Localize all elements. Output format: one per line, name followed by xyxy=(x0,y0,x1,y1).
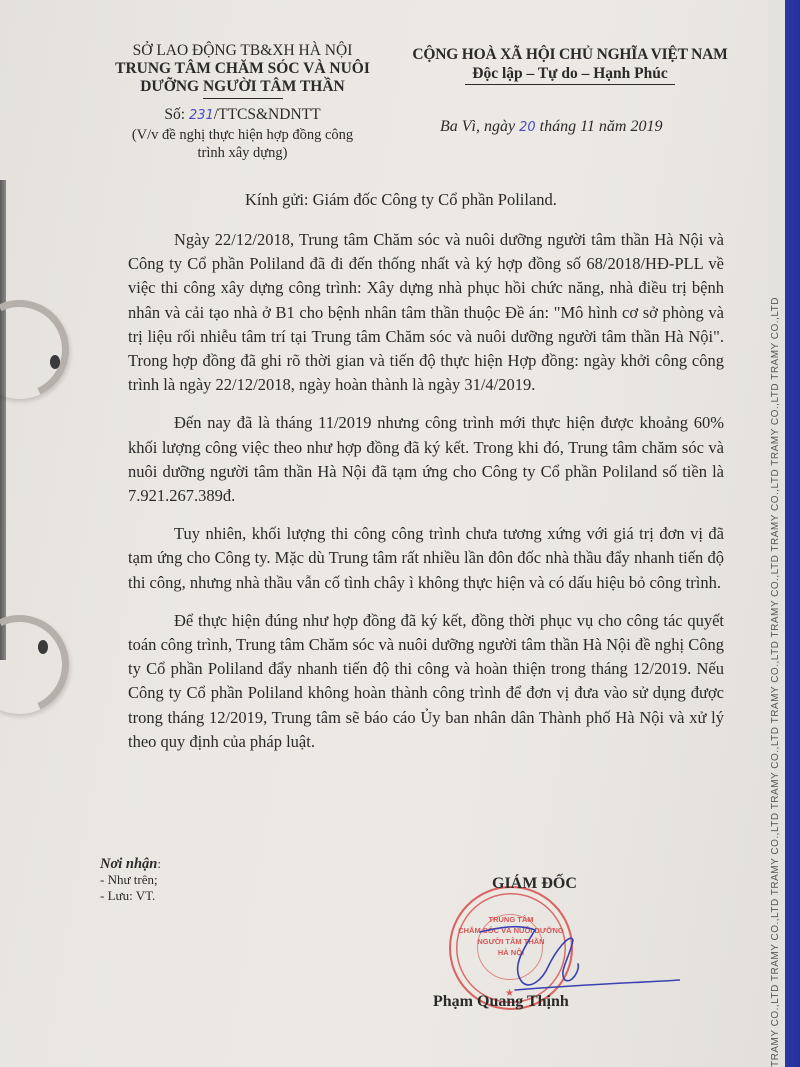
national-motto: Độc lập – Tự do – Hạnh Phúc xyxy=(380,64,760,83)
binder-tab-blue-edge xyxy=(785,0,800,1067)
salutation: Kính gửi: Giám đốc Công ty Cổ phần Polil… xyxy=(245,190,557,210)
distribution-colon: : xyxy=(157,856,161,871)
date-day-handwritten: 20 xyxy=(519,120,536,135)
body-paragraph: Để thực hiện đúng như hợp đồng đã ký kết… xyxy=(128,609,724,754)
document-page: TRAMY CO.,LTD TRAMY CO.,LTD TRAMY CO.,LT… xyxy=(0,0,800,1067)
binder-ring-icon xyxy=(0,286,83,413)
issuer-name-line2: DƯỠNG NGƯỜI TÂM THẦN xyxy=(110,78,375,96)
document-number: Số: 231/TTCS&NDNTT xyxy=(110,105,375,126)
distribution-title: Nơi nhận xyxy=(100,856,157,872)
issuer-underline xyxy=(203,98,283,99)
binder-edge xyxy=(0,180,6,660)
subject-line1: (V/v đề nghị thực hiện hợp đồng công xyxy=(110,126,375,144)
body-paragraph: Ngày 22/12/2018, Trung tâm Chăm sóc và n… xyxy=(128,228,724,397)
distribution-list: Nơi nhận: - Như trên; - Lưu: VT. xyxy=(100,856,161,904)
issuer-department: SỞ LAO ĐỘNG TB&XH HÀ NỘI xyxy=(110,42,375,60)
issuer-header: SỞ LAO ĐỘNG TB&XH HÀ NỘI TRUNG TÂM CHĂM … xyxy=(110,42,375,162)
document-number-label: Số: xyxy=(164,106,189,123)
distribution-item: - Như trên; xyxy=(100,872,161,888)
punch-hole-icon xyxy=(38,640,48,654)
subject-line2: trình xây dựng) xyxy=(110,144,375,162)
distribution-item: - Lưu: VT. xyxy=(100,888,161,904)
motto-underline xyxy=(465,84,675,85)
binder-tab-text: TRAMY CO.,LTD TRAMY CO.,LTD TRAMY CO.,LT… xyxy=(770,0,781,1067)
body-paragraph: Tuy nhiên, khối lượng thi công công trìn… xyxy=(128,522,724,595)
document-number-handwritten: 231 xyxy=(189,108,214,123)
document-number-suffix: /TTCS&NDNTT xyxy=(214,106,321,123)
punch-hole-icon xyxy=(50,355,60,369)
issuer-name-line1: TRUNG TÂM CHĂM SÓC VÀ NUÔI xyxy=(110,60,375,78)
place-date: Ba Vì, ngày 20 tháng 11 năm 2019 xyxy=(440,118,662,136)
signer-name: Phạm Quang Thịnh xyxy=(433,993,569,1011)
date-prefix: Ba Vì, ngày xyxy=(440,118,519,135)
binder-ring-icon xyxy=(0,601,83,728)
letter-body: Ngày 22/12/2018, Trung tâm Chăm sóc và n… xyxy=(128,228,724,768)
national-title: CỘNG HOÀ XÃ HỘI CHỦ NGHĨA VIỆT NAM xyxy=(380,46,760,64)
date-suffix: tháng 11 năm 2019 xyxy=(536,118,663,135)
body-paragraph: Đến nay đã là tháng 11/2019 nhưng công t… xyxy=(128,411,724,508)
national-header: CỘNG HOÀ XÃ HỘI CHỦ NGHĨA VIỆT NAM Độc l… xyxy=(380,46,760,85)
